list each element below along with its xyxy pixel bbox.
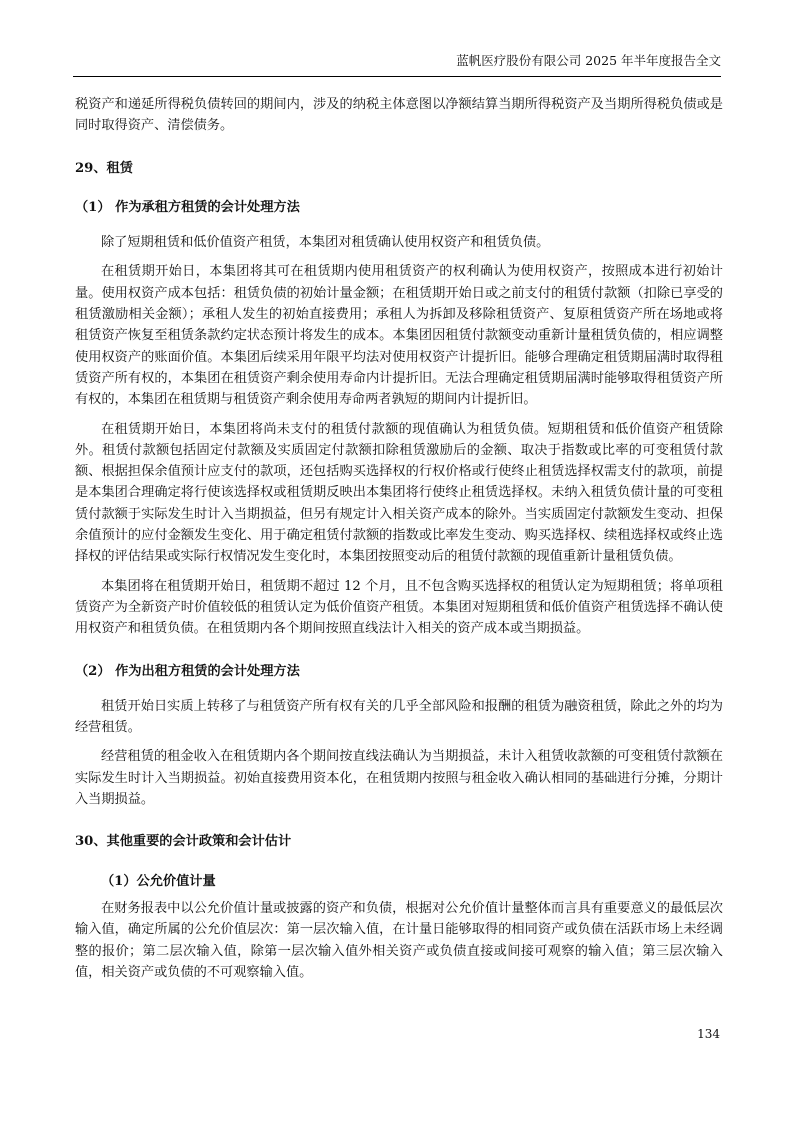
- section-29-heading: 29、租赁: [75, 158, 723, 179]
- section-30-1-heading: （1）公允价值计量: [75, 871, 723, 892]
- header-divider: [73, 76, 721, 77]
- intro-paragraph: 税资产和递延所得税负债转回的期间内，涉及的纳税主体意图以净额结算当期所得税资产及…: [75, 94, 723, 137]
- document-body: 税资产和递延所得税负债转回的期间内，涉及的纳税主体意图以净额结算当期所得税资产及…: [75, 94, 723, 983]
- paragraph: 本集团将在租赁期开始日，租赁期不超过 12 个月，且不包含购买选择权的租赁认定为…: [75, 576, 723, 640]
- paragraph: 租赁开始日实质上转移了与租赁资产所有权有关的几乎全部风险和报酬的租赁为融资租赁，…: [75, 696, 723, 739]
- paragraph: 除了短期租赁和低价值资产租赁，本集团对租赁确认使用权资产和租赁负债。: [75, 232, 723, 253]
- section-29-1-heading: （1） 作为承租方租赁的会计处理方法: [75, 197, 723, 218]
- paragraph: 在租赁期开始日，本集团将其可在租赁期内使用租赁资产的权利确认为使用权资产，按照成…: [75, 261, 723, 410]
- page-header: 蓝帆医疗股份有限公司 2025 年半年度报告全文: [73, 52, 721, 70]
- paragraph: 在财务报表中以公允价值计量或披露的资产和负债，根据对公允价值计量整体而言具有重要…: [75, 898, 723, 983]
- paragraph: 在租赁期开始日，本集团将尚未支付的租赁付款额的现值确认为租赁负债。短期租赁和低价…: [75, 419, 723, 568]
- section-29-2-heading: （2） 作为出租方租赁的会计处理方法: [75, 661, 723, 682]
- section-30-heading: 30、其他重要的会计政策和会计估计: [75, 831, 723, 852]
- page-number: 134: [690, 1027, 720, 1041]
- paragraph: 经营租赁的租金收入在租赁期内各个期间按直线法确认为当期损益，未计入租赁收款额的可…: [75, 746, 723, 810]
